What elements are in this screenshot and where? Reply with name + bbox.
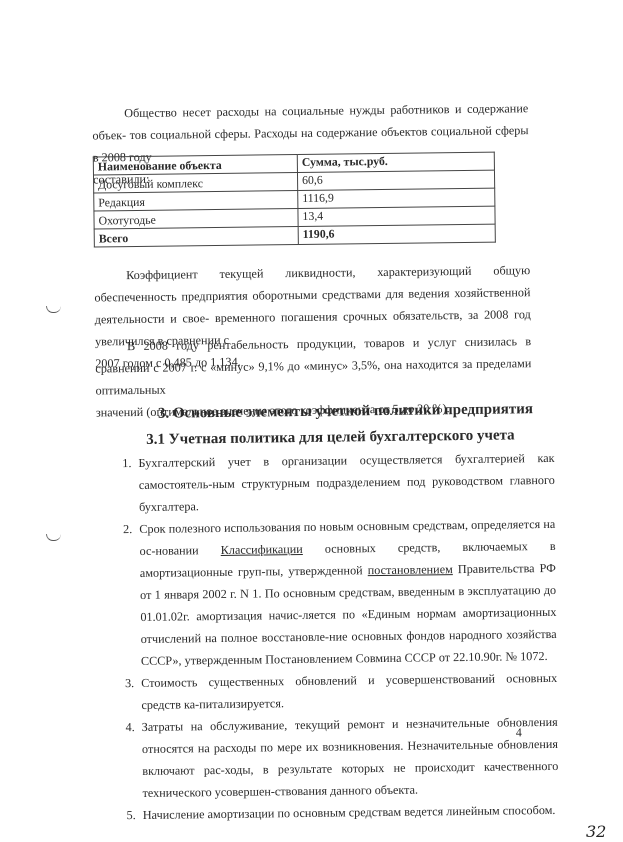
total-label: Всего: [94, 227, 298, 247]
social-expenses-table: Наименование объекта Сумма, тыс.руб. Дос…: [93, 152, 496, 248]
total-value: 1190,6: [298, 224, 495, 244]
list-item: Начисление амортизации по основным средс…: [139, 799, 559, 826]
row-value: 1116,9: [298, 188, 495, 208]
classification-link[interactable]: Классификации: [221, 542, 303, 557]
policy-list: Бухгалтерский учет в организации осущест…: [112, 447, 559, 826]
handwritten-page-number: 32: [586, 822, 606, 841]
section-title: 3. Основные элементы учетной политики пр…: [158, 401, 533, 423]
list-item: Срок полезного использования по новым ос…: [135, 513, 557, 672]
page-number: 4: [516, 725, 522, 740]
row-value: 60,6: [297, 170, 494, 190]
subsection-title: 3.1 Учетная политика для целей бухгалтер…: [146, 427, 515, 448]
resolution-link[interactable]: постановлением: [368, 562, 453, 577]
document-page: Общество несет расходы на социальные нуж…: [0, 0, 623, 842]
list-item: Стоимость существенных обновлений и усов…: [137, 667, 558, 716]
header-amount: Сумма, тыс.руб.: [297, 152, 494, 172]
list-item: Бухгалтерский учет в организации осущест…: [134, 447, 555, 518]
row-value: 13,4: [298, 206, 495, 226]
list-item: Затраты на обслуживание, текущий ремонт …: [138, 711, 559, 804]
profitability-line: с 2007 г. с «минус» 9,1% до «минус» 3,5%…: [96, 356, 532, 397]
